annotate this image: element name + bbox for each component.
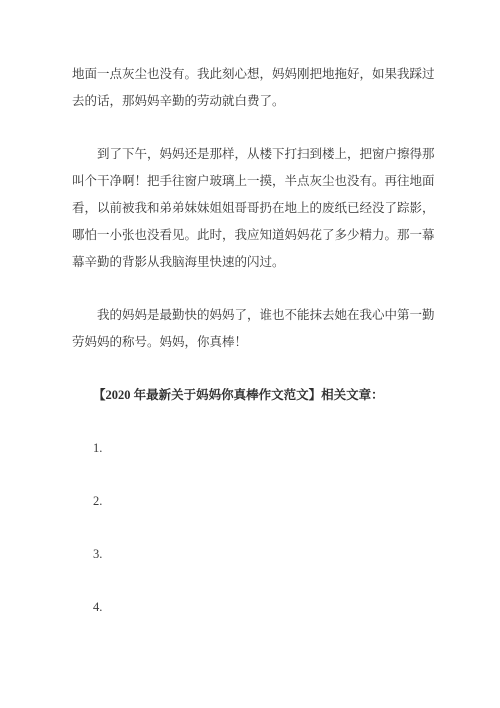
list-item: 2. <box>72 488 428 515</box>
related-articles-heading: 【2020 年最新关于妈妈你真棒作文范文】相关文章： <box>72 382 428 409</box>
text-line: 去的话，那妈妈辛勤的劳动就白费了。 <box>72 88 428 115</box>
text-line: 叫个干净啊！把手往窗户玻璃上一摸，半点灰尘也没有。再往地面 <box>72 168 428 195</box>
list-item: 4. <box>72 594 428 621</box>
text-line: 我的妈妈是最勤快的妈妈了，谁也不能抹去她在我心中第一勤 <box>72 302 428 329</box>
text-line: 看，以前被我和弟弟妹妹姐姐哥哥扔在地上的废纸已经没了踪影， <box>72 195 428 222</box>
related-articles-list: 1. 2. 3. 4. <box>72 435 428 621</box>
text-line: 到了下午，妈妈还是那样，从楼下打扫到楼上，把窗户擦得那 <box>72 141 428 168</box>
text-line: 幕辛勤的背影从我脑海里快速的闪过。 <box>72 249 428 276</box>
text-line: 哪怕一小张也没看见。此时，我应知道妈妈花了多少精力。那一幕 <box>72 222 428 249</box>
list-item: 3. <box>72 541 428 568</box>
paragraph: 到了下午，妈妈还是那样，从楼下打扫到楼上，把窗户擦得那 叫个干净啊！把手往窗户玻… <box>72 141 428 276</box>
text-line: 地面一点灰尘也没有。我此刻心想，妈妈刚把地拖好，如果我踩过 <box>72 61 428 88</box>
paragraph: 我的妈妈是最勤快的妈妈了，谁也不能抹去她在我心中第一勤 劳妈妈的称号。妈妈，你真… <box>72 302 428 356</box>
text-line: 劳妈妈的称号。妈妈，你真棒！ <box>72 329 428 356</box>
document-page: 地面一点灰尘也没有。我此刻心想，妈妈刚把地拖好，如果我踩过 去的话，那妈妈辛勤的… <box>0 0 500 708</box>
list-item: 1. <box>72 435 428 462</box>
paragraph: 地面一点灰尘也没有。我此刻心想，妈妈刚把地拖好，如果我踩过 去的话，那妈妈辛勤的… <box>72 61 428 115</box>
document-content: 地面一点灰尘也没有。我此刻心想，妈妈刚把地拖好，如果我踩过 去的话，那妈妈辛勤的… <box>72 61 428 647</box>
